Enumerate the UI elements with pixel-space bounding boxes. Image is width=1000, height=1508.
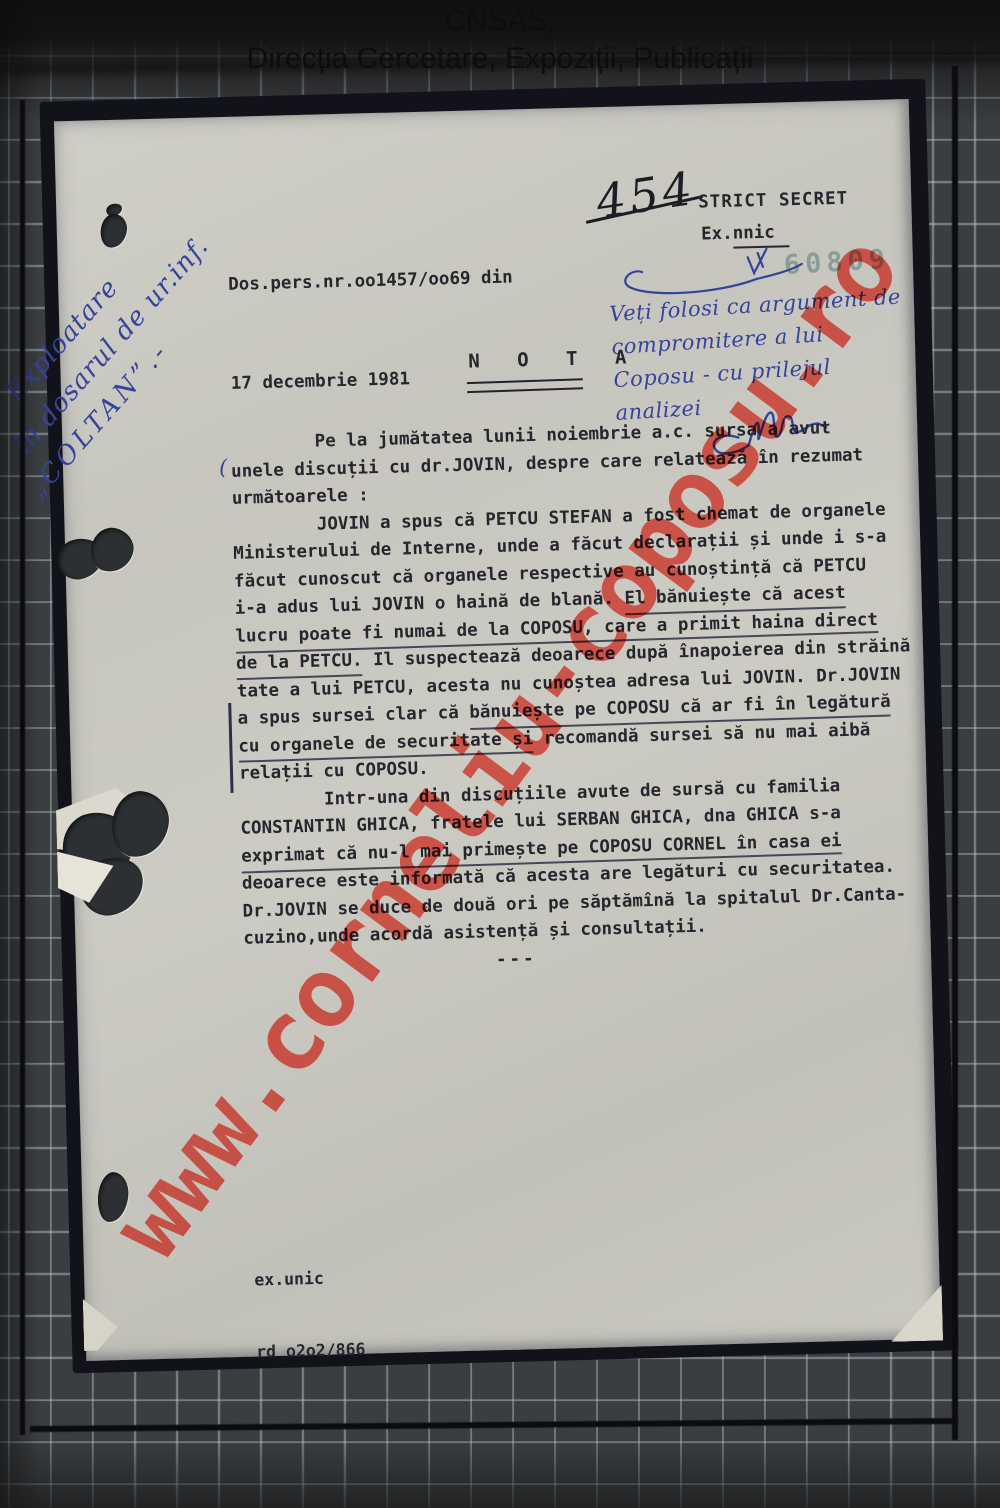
left-edge-shadow [0,0,1000,1508]
bottom-shadow [0,1438,1000,1508]
archive-photo: CNSAS, Direcția Cercetare, Expoziții, Pu… [0,0,1000,1508]
